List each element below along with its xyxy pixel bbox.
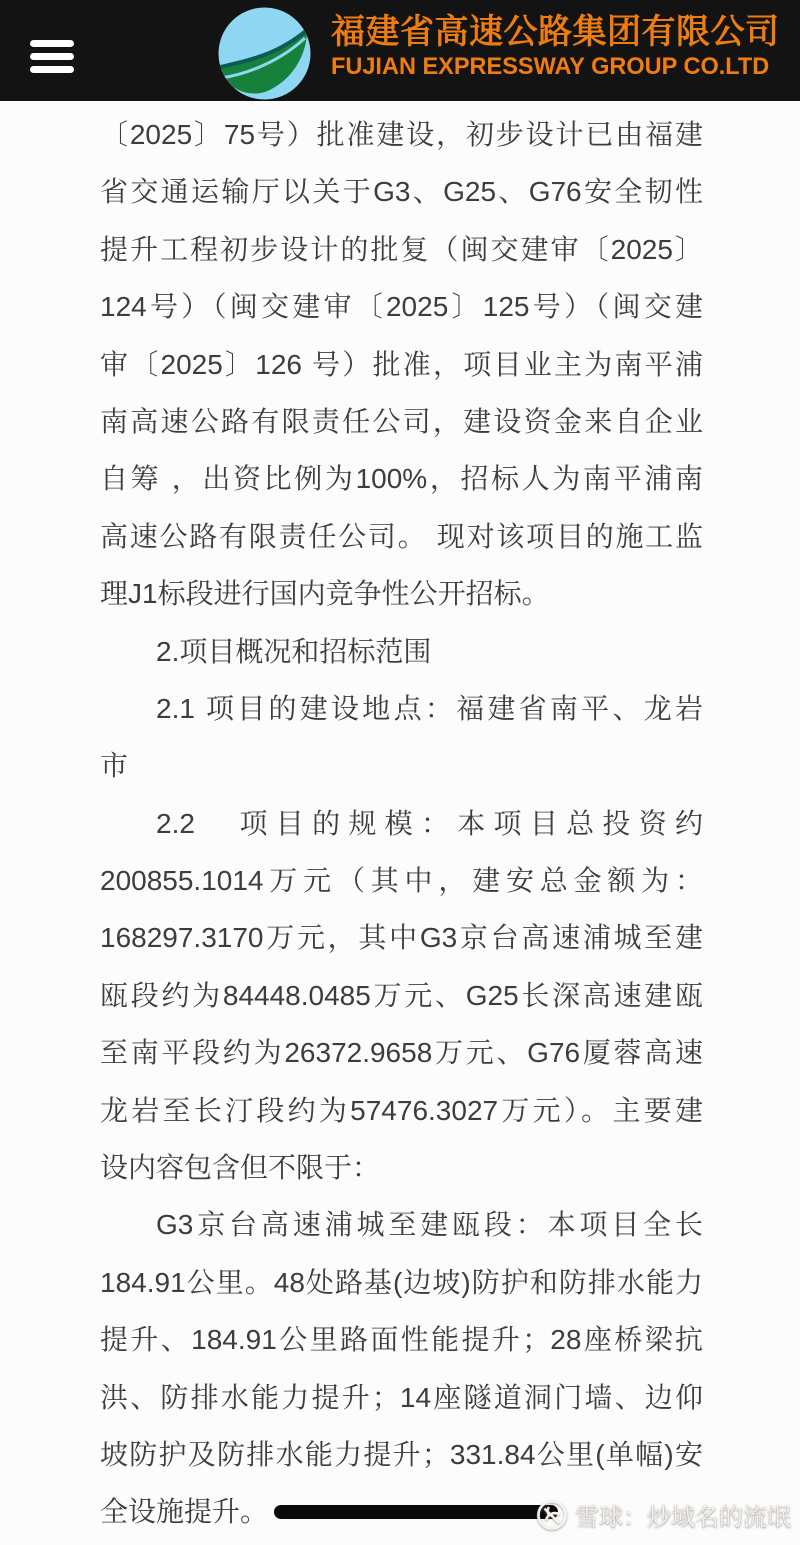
text-line-content: 南高速公路有限责任公司，建设资金来自企业 <box>100 406 703 437</box>
text-line-content: 市 <box>100 750 128 781</box>
text-line: 2.项目概况和招标范围 <box>100 623 703 680</box>
header-titles: 福建省高速公路集团有限公司 FUJIAN EXPRESSWAY GROUP CO… <box>331 11 791 80</box>
text-line-content: 124号）（闽交建审〔2025〕125号）（闽交建 <box>100 291 703 322</box>
text-line: G3京台高速浦城至建瓯段：本项目全长 <box>100 1196 703 1253</box>
text-line-content: 瓯段约为84448.0485万元、G25长深高速建瓯 <box>100 980 703 1011</box>
text-line: 200855.1014万元（其中，建安总金额为： <box>100 852 703 909</box>
text-line: 184.91公里。48处路基(边坡)防护和防排水能力 <box>100 1254 703 1311</box>
text-line-content: 审〔2025〕126 号）批准，项目业主为南平浦 <box>100 349 703 380</box>
text-line-content: 2.1 项目的建设地点：福建省南平、龙岩 <box>156 693 703 724</box>
document-body: 〔2025〕75号）批准建设，初步设计已由福建省交通运输厅以关于G3、G25、G… <box>100 101 703 1541</box>
text-line: 审〔2025〕126 号）批准，项目业主为南平浦 <box>100 336 703 393</box>
text-line: 高速公路有限责任公司。 现对该项目的施工监 <box>100 508 703 565</box>
text-line: 〔2025〕75号）批准建设，初步设计已由福建 <box>100 106 703 163</box>
text-line: 2.1 项目的建设地点：福建省南平、龙岩 <box>100 680 703 737</box>
text-line-content: 设内容包含但不限于： <box>100 1152 380 1183</box>
text-line: 市 <box>100 737 703 794</box>
text-line: 设内容包含但不限于： <box>100 1139 703 1196</box>
hamburger-icon <box>30 53 74 60</box>
text-line-content: 洪、防排水能力提升；14座隧道洞门墙、边仰 <box>100 1382 703 1413</box>
text-line: 2.2 项目的规模：本项目总投资约 <box>100 795 703 852</box>
text-line-content: 提升工程初步设计的批复（闽交建审〔2025〕 <box>100 234 703 265</box>
text-line-content: 理J1标段进行国内竞争性公开招标。 <box>100 578 550 609</box>
expressway-road-logo-icon <box>217 6 312 101</box>
text-line: 自筹 ，出资比例为100%，招标人为南平浦南 <box>100 450 703 507</box>
text-line-content: G3京台高速浦城至建瓯段：本项目全长 <box>156 1209 703 1240</box>
text-line: 洪、防排水能力提升；14座隧道洞门墙、边仰 <box>100 1369 703 1426</box>
text-line-content: 168297.3170万元，其中G3京台高速浦城至建 <box>100 922 703 953</box>
text-line: 省交通运输厅以关于G3、G25、G76安全韧性 <box>100 163 703 220</box>
app-header: 福建省高速公路集团有限公司 FUJIAN EXPRESSWAY GROUP CO… <box>0 0 800 101</box>
text-line: 坡防护及防排水能力提升；331.84公里(单幅)安 <box>100 1426 703 1483</box>
document-lines: 〔2025〕75号）批准建设，初步设计已由福建省交通运输厅以关于G3、G25、G… <box>100 106 703 1541</box>
hamburger-icon <box>30 40 74 47</box>
redaction-bar <box>274 1505 558 1519</box>
text-line-content: 自筹 ，出资比例为100%，招标人为南平浦南 <box>100 463 703 494</box>
text-line: 至南平段约为26372.9658万元、G76厦蓉高速 <box>100 1024 703 1081</box>
hamburger-icon <box>30 66 74 73</box>
text-line: 168297.3170万元，其中G3京台高速浦城至建 <box>100 909 703 966</box>
company-title-cn: 福建省高速公路集团有限公司 <box>331 11 791 54</box>
watermark: 雪球：炒域名的流氓 <box>536 1497 791 1532</box>
text-line-content: 省交通运输厅以关于G3、G25、G76安全韧性 <box>100 176 703 207</box>
text-line: 提升工程初步设计的批复（闽交建审〔2025〕 <box>100 221 703 278</box>
text-line: 理J1标段进行国内竞争性公开招标。 <box>100 565 703 622</box>
text-line-content: 龙岩至长汀段约为57476.3027万元）。主要建 <box>100 1095 703 1126</box>
text-line: 提升、184.91公里路面性能提升；28座桥梁抗 <box>100 1311 703 1368</box>
menu-button[interactable] <box>30 40 74 75</box>
text-line: 龙岩至长汀段约为57476.3027万元）。主要建 <box>100 1082 703 1139</box>
text-line-content: 2.项目概况和招标范围 <box>156 636 431 667</box>
text-line: 124号）（闽交建审〔2025〕125号）（闽交建 <box>100 278 703 335</box>
xueqiu-snowball-icon <box>536 1499 568 1531</box>
watermark-label: 雪球：炒域名的流氓 <box>575 1497 791 1532</box>
text-line: 瓯段约为84448.0485万元、G25长深高速建瓯 <box>100 967 703 1024</box>
text-line-content: 2.2 项目的规模：本项目总投资约 <box>156 808 703 839</box>
text-line-content: 提升、184.91公里路面性能提升；28座桥梁抗 <box>100 1324 703 1355</box>
text-line-content: 〔2025〕75号）批准建设，初步设计已由福建 <box>100 119 703 150</box>
text-line: 南高速公路有限责任公司，建设资金来自企业 <box>100 393 703 450</box>
text-line-content: 200855.1014万元（其中，建安总金额为： <box>100 865 703 896</box>
text-line-content: 高速公路有限责任公司。 现对该项目的施工监 <box>100 521 703 552</box>
company-title-en: FUJIAN EXPRESSWAY GROUP CO.LTD <box>331 54 782 80</box>
text-line-content: 全设施提升。 <box>100 1496 268 1527</box>
text-line-content: 坡防护及防排水能力提升；331.84公里(单幅)安 <box>100 1439 703 1470</box>
text-line-content: 184.91公里。48处路基(边坡)防护和防排水能力 <box>100 1267 703 1298</box>
text-line-content: 至南平段约为26372.9658万元、G76厦蓉高速 <box>100 1037 703 1068</box>
